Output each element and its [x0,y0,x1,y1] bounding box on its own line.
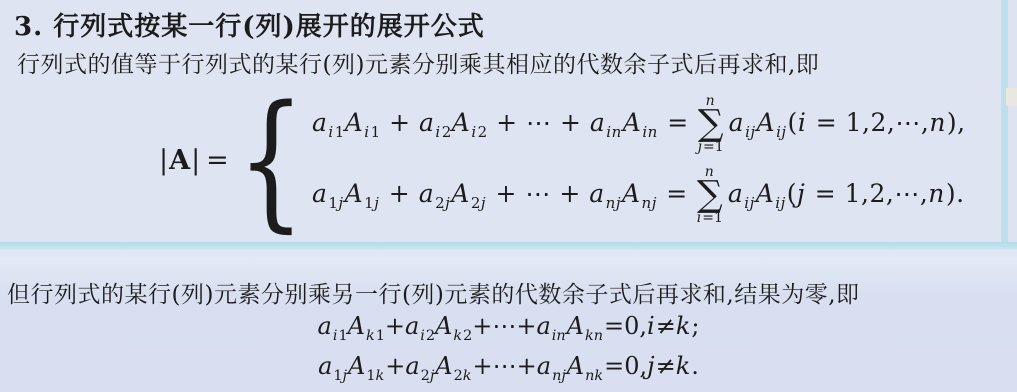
abs-bar-right: | [190,145,201,176]
row-expansion-case: ai1Ai1 + ai2Ai2 + ⋯ + ainAin = n ∑ j=1 a… [312,94,966,155]
sigma-symbol: ∑ [697,180,723,211]
zero-sum-row-formula: ai1Ak1+ai2Ak2+⋯+ainAkn=0,i≠k; [0,312,1017,344]
column-expansion-case: a1jA1j + a2jA2j + ⋯ + anjAnj = n ∑ i=1 a… [312,165,966,226]
case1-left-expression: ai1Ai1 + ai2Ai2 + ⋯ + ainAin = [312,108,689,141]
determinant-expansion-formula: | A | = { ai1Ai1 + ai2Ai2 + ⋯ + ainAin =… [158,84,966,236]
summation-over-i: n ∑ i=1 [697,165,723,226]
determinant-lhs: | A | = [158,145,229,176]
zero-sum-column-formula: a1jA1k+a2jA2k+⋯+anjAnk=0,j≠k. [0,352,1017,384]
cases-rows: ai1Ai1 + ai2Ai2 + ⋯ + ainAin = n ∑ j=1 a… [312,94,966,227]
matrix-A-symbol: A [169,145,190,176]
cases-brace: { [237,85,305,235]
case2-right-expression: aijAij(j = 1,2,⋯,n). [728,179,965,212]
case1-right-expression: aijAij(i = 1,2,⋯,n), [729,108,966,141]
sigma-symbol: ∑ [698,109,724,140]
note-paragraph: 但行列式的某行(列)元素分别乘另一行(列)元素的代数余子式后再求和,结果为零,即 [7,276,860,309]
panel-bottom-border [0,242,1017,251]
equals-sign: = [206,145,229,176]
summation-over-j: n ∑ j=1 [698,94,724,155]
sum-lower-limit: i=1 [697,211,723,226]
intro-paragraph: 行列式的值等于行列式的某行(列)元素分别乘其相应的代数余子式后再求和,即 [17,46,819,79]
highlight-panel: 3. 行列式按某一行(列)展开的展开公式 行列式的值等于行列式的某行(列)元素分… [0,0,1008,242]
case2-left-expression: a1jA1j + a2jA2j + ⋯ + anjAnj = [312,179,688,212]
textbook-page: 3. 行列式按某一行(列)展开的展开公式 行列式的值等于行列式的某行(列)元素分… [0,0,1017,392]
scan-artifact [1006,88,1017,106]
abs-bar-left: | [158,145,169,176]
sum-lower-limit: j=1 [698,140,724,155]
section-heading: 3. 行列式按某一行(列)展开的展开公式 [14,6,485,43]
